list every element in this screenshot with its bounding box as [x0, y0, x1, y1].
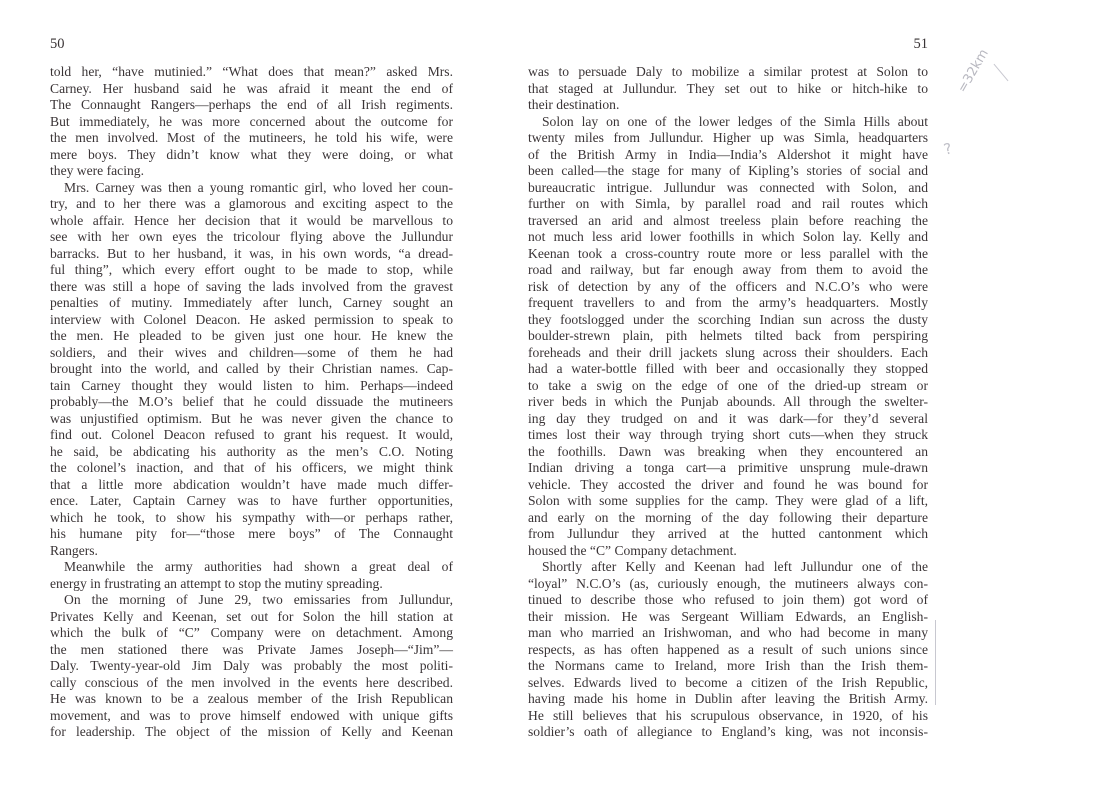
text-line: Privates Kelly and Keenan, set out for S…: [50, 609, 453, 626]
handwritten-margin-note: =32km: [955, 47, 992, 96]
text-line: was to persuade Daly to mobilize a simil…: [528, 64, 928, 81]
text-line: tinued to describe those who refused to …: [528, 592, 928, 609]
text-line: ence. Later, Captain Carney was to have …: [50, 493, 453, 510]
text-line: the Normans came to Ireland, more Irish …: [528, 658, 928, 675]
text-line: Indian driving a tonga cart—a primitive …: [528, 460, 928, 477]
text-line: whole affair. Hence her decision that it…: [50, 213, 453, 230]
text-line: they were facing.: [50, 163, 453, 180]
text-line: that a little more abdication wouldn’t h…: [50, 477, 453, 494]
text-line: and early on the morning of the day foll…: [528, 510, 928, 527]
text-line: further on with Simla, by parallel road …: [528, 196, 928, 213]
text-line: river beds in which the Punjab abounds. …: [528, 394, 928, 411]
text-line: Keenan took a cross-country route more o…: [528, 246, 928, 263]
text-line: Meanwhile the army authorities had shown…: [50, 559, 453, 576]
text-line: road and railway, but far enough away fr…: [528, 262, 928, 279]
text-line: He still believes that his scrupulous ob…: [528, 708, 928, 725]
text-line: “loyal” N.C.O’s (as, curiously enough, t…: [528, 576, 928, 593]
text-line: movement, and was to prove himself endow…: [50, 708, 453, 725]
left-page-text: told her, “have mutinied.” “What does th…: [50, 64, 453, 741]
text-line: ing day they trudged on and it was dark—…: [528, 411, 928, 428]
text-line: housed the “C” Company detachment.: [528, 543, 928, 560]
text-line: there was still a hope of saving the lad…: [50, 279, 453, 296]
text-line: Rangers.: [50, 543, 453, 560]
text-line: He was known to be a zealous member of t…: [50, 691, 453, 708]
text-line: soldier’s oath of allegiance to England’…: [528, 724, 928, 741]
text-line: try, and to her there was a glamorous an…: [50, 196, 453, 213]
text-line: for leadership. The object of the missio…: [50, 724, 453, 741]
text-line: the foothills. Dawn was breaking when th…: [528, 444, 928, 461]
text-line: energy in frustrating an attempt to stop…: [50, 576, 453, 593]
text-line: cally conscious of the men involved in t…: [50, 675, 453, 692]
text-line: traversed an arid and almost treeless pl…: [528, 213, 928, 230]
text-line: Daly. Twenty-year-old Jim Daly was proba…: [50, 658, 453, 675]
text-line: boulder-strewn plain, pith helmets tilte…: [528, 328, 928, 345]
page-number: 51: [914, 36, 929, 53]
text-line: man who married an Irishwoman, and who h…: [528, 625, 928, 642]
text-line: that staged at Jullundur. They set out t…: [528, 81, 928, 98]
page-number: 50: [50, 36, 65, 53]
text-line: their destination.: [528, 97, 928, 114]
text-line: ful thing”, which every effort ought to …: [50, 262, 453, 279]
handwritten-question-mark: ?: [942, 139, 954, 158]
text-line: of the British Army in India—India’s Ald…: [528, 147, 928, 164]
text-line: which the bulk of “C” Company were on de…: [50, 625, 453, 642]
text-line: On the morning of June 29, two emissarie…: [50, 592, 453, 609]
text-line: which he took, to show his sympathy with…: [50, 510, 453, 527]
text-line: had a water-bottle filled with beer and …: [528, 361, 928, 378]
text-line: selves. Edwards lived to become a citize…: [528, 675, 928, 692]
text-line: foreheads and their drill jackets slung …: [528, 345, 928, 362]
text-line: respects, as has often happened as a res…: [528, 642, 928, 659]
margin-line-mark: [935, 620, 936, 705]
text-line: Solon with some supplies for the camp. T…: [528, 493, 928, 510]
text-line: Carney. Her husband said he was afraid i…: [50, 81, 453, 98]
text-line: interview with Colonel Deacon. He asked …: [50, 312, 453, 329]
text-line: brought into the world, and called by th…: [50, 361, 453, 378]
handwritten-mark: [994, 64, 1009, 81]
text-line: soldiers, and their wives and children—s…: [50, 345, 453, 362]
text-line: risk of detection by any of the officers…: [528, 279, 928, 296]
text-line: Mrs. Carney was then a young romantic gi…: [50, 180, 453, 197]
text-line: The Connaught Rangers—perhaps the end of…: [50, 97, 453, 114]
text-line: they footslogged under the scorching Ind…: [528, 312, 928, 329]
text-line: his humane pity for—“those mere boys” of…: [50, 526, 453, 543]
text-line: he said, be abdicating his authority as …: [50, 444, 453, 461]
text-line: the men stationed there was Private Jame…: [50, 642, 453, 659]
text-line: from Jullundur they arrived at the hutte…: [528, 526, 928, 543]
text-line: find out. Colonel Deacon refused to gran…: [50, 427, 453, 444]
text-line: mere boys. They didn’t know what they we…: [50, 147, 453, 164]
text-line: penalties of mutiny. Immediately after l…: [50, 295, 453, 312]
text-line: tain Carney thought they would listen to…: [50, 378, 453, 395]
text-line: their mission. He was Sergeant William E…: [528, 609, 928, 626]
text-line: been called—the stage for many of Kiplin…: [528, 163, 928, 180]
text-line: the colonel’s inaction, and that of his …: [50, 460, 453, 477]
text-line: Shortly after Kelly and Keenan had left …: [528, 559, 928, 576]
text-line: told her, “have mutinied.” “What does th…: [50, 64, 453, 81]
text-line: the men involved. Most of the mutineers,…: [50, 130, 453, 147]
text-line: see with her own eyes the tricolour flyi…: [50, 229, 453, 246]
text-line: times lost their way through trying shor…: [528, 427, 928, 444]
text-line: the men. He pleaded to be given just one…: [50, 328, 453, 345]
text-line: having made his home in Dublin after lea…: [528, 691, 928, 708]
text-line: frequent travellers to and from the army…: [528, 295, 928, 312]
text-line: not much less arid lower foothills in wh…: [528, 229, 928, 246]
text-line: was unjustified optimism. But he was nev…: [50, 411, 453, 428]
text-line: to take a swig on the edge of one of the…: [528, 378, 928, 395]
text-line: Solon lay on one of the lower ledges of …: [528, 114, 928, 131]
right-page-text: was to persuade Daly to mobilize a simil…: [528, 64, 928, 741]
text-line: vehicle. They accosted the driver and fo…: [528, 477, 928, 494]
text-line: twenty miles from Jullundur. Higher up w…: [528, 130, 928, 147]
text-line: But immediately, he was more concerned a…: [50, 114, 453, 131]
text-line: bureaucratic intrigue. Jullundur was con…: [528, 180, 928, 197]
text-line: probably—the M.O’s belief that he could …: [50, 394, 453, 411]
text-line: barracks. But to her husband, it was, in…: [50, 246, 453, 263]
